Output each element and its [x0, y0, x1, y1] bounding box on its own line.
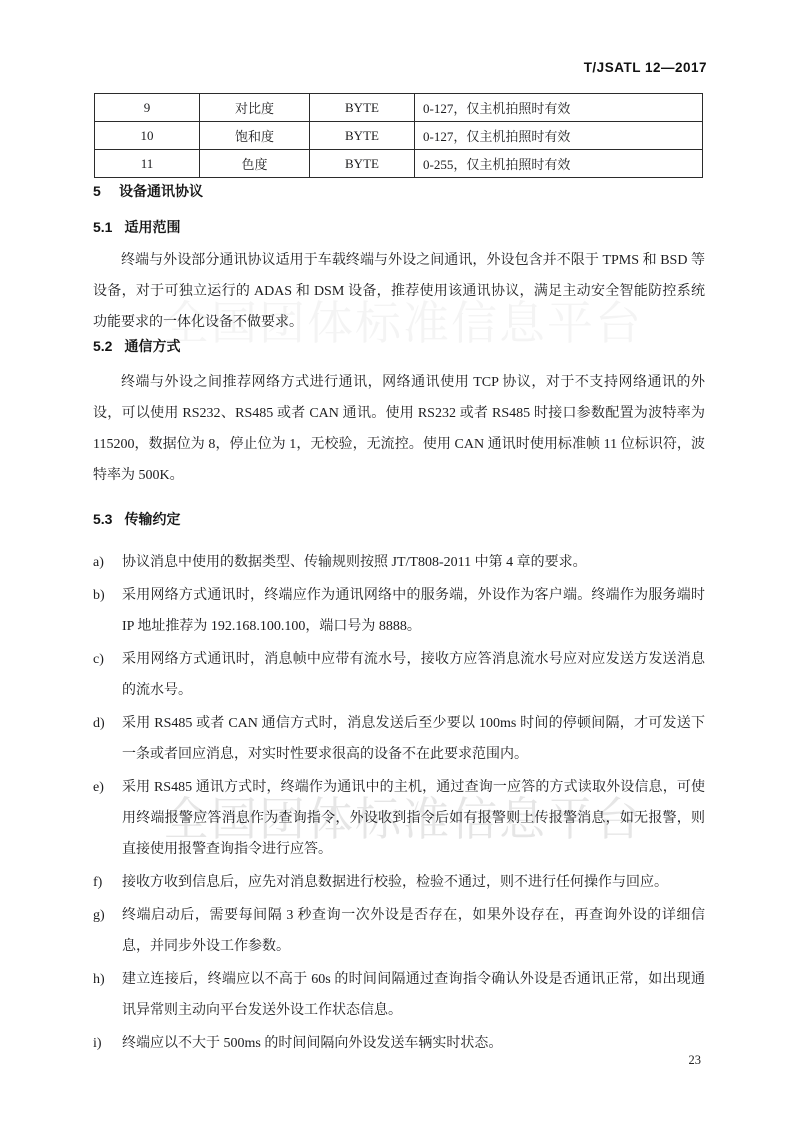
- section-number: 5.2: [93, 338, 112, 355]
- section-heading-5-2: 5.2通信方式: [93, 338, 705, 355]
- list-item-label: f): [93, 867, 122, 898]
- list-item-text: 终端启动后，需要每间隔 3 秒查询一次外设是否存在，如果外设存在，再查询外设的详…: [122, 900, 705, 962]
- list-item-label: b): [93, 580, 122, 642]
- paragraph-5-2: 终端与外设之间推荐网络方式进行通讯，网络通讯使用 TCP 协议，对于不支持网络通…: [93, 367, 705, 491]
- table-row: 9 对比度 BYTE 0-127，仅主机拍照时有效: [95, 94, 703, 122]
- list-item-label: c): [93, 644, 122, 706]
- list-item-label: a): [93, 547, 122, 578]
- cell-field: 色度: [200, 150, 310, 178]
- cell-type: BYTE: [310, 150, 415, 178]
- list-item-text: 采用 RS485 或者 CAN 通信方式时，消息发送后至少要以 100ms 时间…: [122, 708, 705, 770]
- list-item-label: h): [93, 964, 122, 1026]
- list-item-text: 接收方收到信息后，应先对消息数据进行校验，检验不通过，则不进行任何操作与回应。: [122, 867, 705, 898]
- cell-index: 10: [95, 122, 200, 150]
- cell-description: 0-255，仅主机拍照时有效: [415, 150, 703, 178]
- section-title: 通信方式: [124, 338, 180, 354]
- list-item: h) 建立连接后，终端应以不高于 60s 的时间间隔通过查询指令确认外设是否通讯…: [93, 964, 705, 1026]
- cell-description: 0-127，仅主机拍照时有效: [415, 94, 703, 122]
- list-item-text: 协议消息中使用的数据类型、传输规则按照 JT/T808-2011 中第 4 章的…: [122, 547, 705, 578]
- paragraph-5-1: 终端与外设部分通讯协议适用于车载终端与外设之间通讯，外设包含并不限于 TPMS …: [93, 245, 705, 338]
- cell-field: 饱和度: [200, 122, 310, 150]
- list-item-label: e): [93, 772, 122, 865]
- list-item: a) 协议消息中使用的数据类型、传输规则按照 JT/T808-2011 中第 4…: [93, 547, 705, 578]
- cell-field: 对比度: [200, 94, 310, 122]
- section-number: 5.1: [93, 219, 112, 236]
- table-row: 11 色度 BYTE 0-255，仅主机拍照时有效: [95, 150, 703, 178]
- section-title: 适用范围: [124, 219, 180, 235]
- section-title: 设备通讯协议: [119, 183, 203, 199]
- list-item-text: 终端应以不大于 500ms 的时间间隔向外设发送车辆实时状态。: [122, 1028, 705, 1059]
- cell-type: BYTE: [310, 94, 415, 122]
- cell-index: 9: [95, 94, 200, 122]
- section-number: 5: [93, 183, 107, 200]
- standard-code: T/JSATL 12—2017: [584, 60, 707, 75]
- parameter-table: 9 对比度 BYTE 0-127，仅主机拍照时有效 10 饱和度 BYTE 0-…: [94, 93, 703, 178]
- list-item: g) 终端启动后，需要每间隔 3 秒查询一次外设是否存在，如果外设存在，再查询外…: [93, 900, 705, 962]
- section-heading-5-1: 5.1适用范围: [93, 219, 705, 236]
- cell-index: 11: [95, 150, 200, 178]
- document-body: 5设备通讯协议 5.1适用范围 终端与外设部分通讯协议适用于车载终端与外设之间通…: [93, 183, 705, 1061]
- list-item-text: 采用网络方式通讯时，终端应作为通讯网络中的服务端，外设作为客户端。终端作为服务端…: [122, 580, 705, 642]
- section-title: 传输约定: [124, 511, 180, 527]
- list-item-label: g): [93, 900, 122, 962]
- list-item: d) 采用 RS485 或者 CAN 通信方式时，消息发送后至少要以 100ms…: [93, 708, 705, 770]
- list-item: e) 采用 RS485 通讯方式时，终端作为通讯中的主机，通过查询一应答的方式读…: [93, 772, 705, 865]
- transmission-rules-list: a) 协议消息中使用的数据类型、传输规则按照 JT/T808-2011 中第 4…: [93, 547, 705, 1059]
- list-item-text: 建立连接后，终端应以不高于 60s 的时间间隔通过查询指令确认外设是否通讯正常，…: [122, 964, 705, 1026]
- list-item: b) 采用网络方式通讯时，终端应作为通讯网络中的服务端，外设作为客户端。终端作为…: [93, 580, 705, 642]
- list-item: i) 终端应以不大于 500ms 的时间间隔向外设发送车辆实时状态。: [93, 1028, 705, 1059]
- section-number: 5.3: [93, 511, 112, 528]
- section-heading-5: 5设备通讯协议: [93, 183, 705, 200]
- page-number: 23: [689, 1053, 702, 1068]
- section-heading-5-3: 5.3传输约定: [93, 511, 705, 528]
- list-item-label: i): [93, 1028, 122, 1059]
- document-page: 全国团体标准信息平台 全国团体标准信息平台 T/JSATL 12—2017 9 …: [0, 0, 795, 1123]
- table-row: 10 饱和度 BYTE 0-127，仅主机拍照时有效: [95, 122, 703, 150]
- list-item: f) 接收方收到信息后，应先对消息数据进行校验，检验不通过，则不进行任何操作与回…: [93, 867, 705, 898]
- list-item-label: d): [93, 708, 122, 770]
- list-item-text: 采用 RS485 通讯方式时，终端作为通讯中的主机，通过查询一应答的方式读取外设…: [122, 772, 705, 865]
- cell-description: 0-127，仅主机拍照时有效: [415, 122, 703, 150]
- list-item-text: 采用网络方式通讯时，消息帧中应带有流水号，接收方应答消息流水号应对应发送方发送消…: [122, 644, 705, 706]
- cell-type: BYTE: [310, 122, 415, 150]
- list-item: c) 采用网络方式通讯时，消息帧中应带有流水号，接收方应答消息流水号应对应发送方…: [93, 644, 705, 706]
